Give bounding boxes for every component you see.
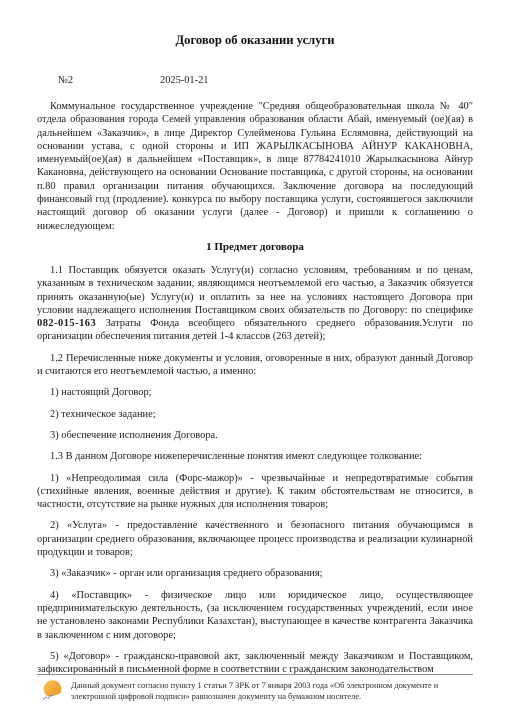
contract-part-item-2: 2) техническое задание; [37, 408, 473, 421]
document-meta-row: №2 2025-01-21 [37, 74, 473, 87]
esign-footer: Данный документ согласно пункту 1 статьи… [37, 674, 473, 720]
clause-1-2: 1.2 Перечисленные ниже документы и услов… [37, 352, 473, 379]
specification-code: 082-015-163 [37, 318, 96, 329]
document-number: №2 [58, 74, 73, 87]
section-1-heading: 1 Предмет договора [37, 241, 473, 254]
esign-footer-inner: Данный документ согласно пункту 1 статьи… [37, 679, 473, 703]
contract-part-item-3: 3) обеспечение исполнения Договора. [37, 429, 473, 442]
contract-document-page: Договор об оказании услуги №2 2025-01-21… [0, 0, 510, 720]
document-body: Договор об оказании услуги №2 2025-01-21… [37, 33, 473, 674]
definition-item-service: 2) «Услуга» - предоставление качественно… [37, 519, 473, 559]
digital-signature-stamp-icon [40, 679, 64, 703]
digital-signature-stamp-graphic [40, 679, 64, 703]
definition-item-force-majeure: 1) «Непреодолимая сила (Форс-мажор)» - ч… [37, 472, 473, 512]
clause-1-1: 1.1 Поставщик обязуется оказать Услугу(и… [37, 264, 473, 344]
contract-part-item-1: 1) настоящий Договор; [37, 386, 473, 399]
intro-paragraph: Коммунальное государственное учреждение … [37, 100, 473, 233]
document-title: Договор об оказании услуги [37, 33, 473, 47]
definition-item-contract: 5) «Договор» - гражданско-правовой акт, … [37, 650, 473, 674]
clause-1-1-text-before: 1.1 Поставщик обязуется оказать Услугу(и… [37, 265, 473, 316]
esign-footer-text: Данный документ согласно пункту 1 статьи… [71, 679, 473, 702]
clause-1-1-text-after: Затраты Фонда всеобщего обязательного ср… [37, 318, 473, 342]
clause-1-3: 1.3 В данном Договоре нижеперечисленные … [37, 450, 473, 463]
definition-item-customer: 3) «Заказчик» - орган или организация ср… [37, 567, 473, 580]
document-date: 2025-01-21 [160, 74, 208, 87]
definition-item-supplier: 4) «Поставщик» - физическое лицо или юри… [37, 589, 473, 642]
